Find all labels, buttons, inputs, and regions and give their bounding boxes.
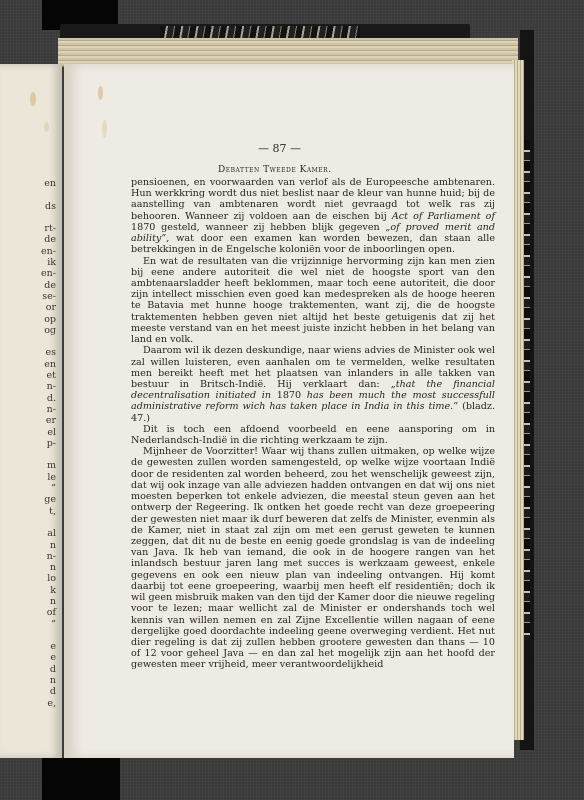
left-page-line-fragment: ” [0,483,56,494]
text-run: En wat de resultaten van die vrijzinnige… [131,256,495,346]
paragraph: En wat de resultaten van die vrijzinnige… [131,256,495,346]
paragraph: Mijnheer de Voorzitter! Waar wij thans z… [131,446,495,670]
left-page-line-fragment: en- [0,246,56,257]
left-page-line-fragment: rt- [0,223,56,234]
text-run: 1870 gesteld, wanneer zij hebben blijk g… [131,222,390,233]
page-number: — 87 — [258,142,301,155]
left-page-line-fragment [0,212,56,223]
left-page-line-fragment: er [0,415,56,426]
left-page-line-fragment: p- [0,438,56,449]
page-stain [98,86,103,100]
text-run: Dit is toch een afdoend voorbeeld en een… [131,424,495,446]
left-page-line-fragment: n [0,540,56,551]
left-page-line-fragment: e, [0,698,56,709]
marbled-cover-pattern [160,26,360,38]
left-page-line-fragment: en- [0,268,56,279]
left-page-line-fragment: en [0,359,56,370]
running-head: Debatten Tweede Kamer. [218,165,332,175]
left-page-line-fragment: or [0,302,56,313]
left-page-text-fragments: en ds rt-deen-iken-dese-oropog esenetn-d… [0,178,56,709]
left-page-line-fragment: n [0,596,56,607]
left-page-line-fragment: d. [0,393,56,404]
left-page-line-fragment: al [0,528,56,539]
background-gap-bottom [42,758,120,800]
left-page-line-fragment: e [0,641,56,652]
left-page-line-fragment: of [0,607,56,618]
left-page-line-fragment: le [0,472,56,483]
left-page-line-fragment: es [0,347,56,358]
left-page-line-fragment: e [0,652,56,663]
text-run: Mijnheer de Voorzitter! Waar wij thans z… [131,446,495,670]
left-page-line-fragment: lo [0,573,56,584]
left-page-line-fragment: m [0,460,56,471]
left-page-line-fragment: el [0,427,56,438]
left-page-line-fragment [0,189,56,200]
left-page-line-fragment: op [0,314,56,325]
left-page-line-fragment [0,517,56,528]
page-stain [30,92,36,106]
left-page-line-fragment [0,449,56,460]
left-page-line-fragment: et [0,370,56,381]
page-stain [102,120,107,138]
left-page-line-fragment: k [0,585,56,596]
left-page: en ds rt-deen-iken-dese-oropog esenetn-d… [0,64,62,758]
paragraph: pensioenen, en voorwaarden van verlof al… [131,177,495,256]
left-page-line-fragment: en [0,178,56,189]
left-page-line-fragment: n [0,675,56,686]
paragraph: Daarom wil ik dezen deskundige, naar wie… [131,345,495,424]
paragraph: Dit is toch een afdoend voorbeeld en een… [131,424,495,446]
left-page-line-fragment: se- [0,291,56,302]
page-stain [44,122,49,132]
left-page-line-fragment: d [0,664,56,675]
left-page-line-fragment: n- [0,381,56,392]
left-page-line-fragment: ds [0,201,56,212]
left-page-line-fragment: n- [0,551,56,562]
page-block-top-edges [58,38,518,67]
left-page-line-fragment: de [0,234,56,245]
text-run: ”, wat door een examen kan worden beweze… [131,233,495,255]
left-page-line-fragment: d [0,686,56,697]
left-page-line-fragment: ik [0,257,56,268]
body-text: pensioenen, en voorwaarden van verlof al… [131,177,495,671]
left-page-line-fragment [0,630,56,641]
left-page-line-fragment: ge [0,494,56,505]
left-page-line-fragment [0,336,56,347]
left-page-line-fragment: og [0,325,56,336]
italic-quote: Act of Parliament of [392,211,495,222]
text-run: 1870 [271,390,307,401]
left-page-line-fragment: t, [0,506,56,517]
left-page-line-fragment: n- [0,404,56,415]
left-page-line-fragment: ” [0,619,56,630]
left-page-line-fragment: de [0,280,56,291]
left-page-line-fragment: n [0,562,56,573]
